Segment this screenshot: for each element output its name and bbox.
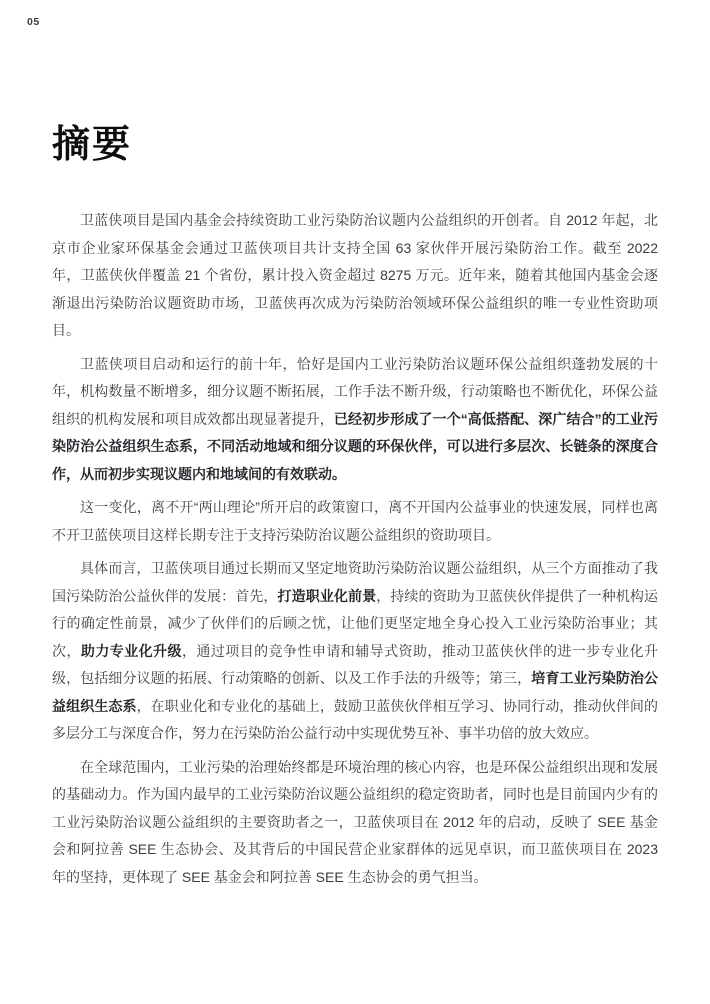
paragraph: 具体而言，卫蓝侠项目通过长期而又坚定地资助污染防治议题公益组织，从三个方面推动了… [52, 555, 658, 748]
paragraph-text: ，在职业化和专业化的基础上，鼓励卫蓝侠伙伴相互学习、协同行动，推动伙伴间的多层分… [52, 698, 658, 742]
document-page: 05 摘要 卫蓝侠项目是国内基金会持续资助工业污染防治议题内公益组织的开创者。自… [0, 0, 710, 1004]
paragraph: 卫蓝侠项目启动和运行的前十年，恰好是国内工业污染防治议题环保公益组织蓬勃发展的十… [52, 351, 658, 489]
page-title: 摘要 [52, 123, 658, 167]
paragraph-text: 卫蓝侠项目是国内基金会持续资助工业污染防治议题内公益组织的开创者。自 2012 … [52, 212, 658, 338]
paragraph: 这一变化，离不开“两山理论”所开启的政策窗口，离不开国内公益事业的快速发展，同样… [52, 494, 658, 549]
page-content: 摘要 卫蓝侠项目是国内基金会持续资助工业污染防治议题内公益组织的开创者。自 20… [52, 123, 658, 897]
paragraph: 在全球范围内，工业污染的治理始终都是环境治理的核心内容，也是环保公益组织出现和发… [52, 754, 658, 892]
page-number: 05 [27, 16, 40, 28]
paragraph-bold-text: 打造职业化前景 [278, 588, 377, 604]
paragraph-bold-text: 助力专业化升级 [81, 643, 182, 659]
paragraph-text: 这一变化，离不开“两山理论”所开启的政策窗口，离不开国内公益事业的快速发展，同样… [52, 499, 658, 543]
paragraph-text: 在全球范围内，工业污染的治理始终都是环境治理的核心内容，也是环保公益组织出现和发… [52, 759, 658, 885]
paragraph: 卫蓝侠项目是国内基金会持续资助工业污染防治议题内公益组织的开创者。自 2012 … [52, 207, 658, 345]
